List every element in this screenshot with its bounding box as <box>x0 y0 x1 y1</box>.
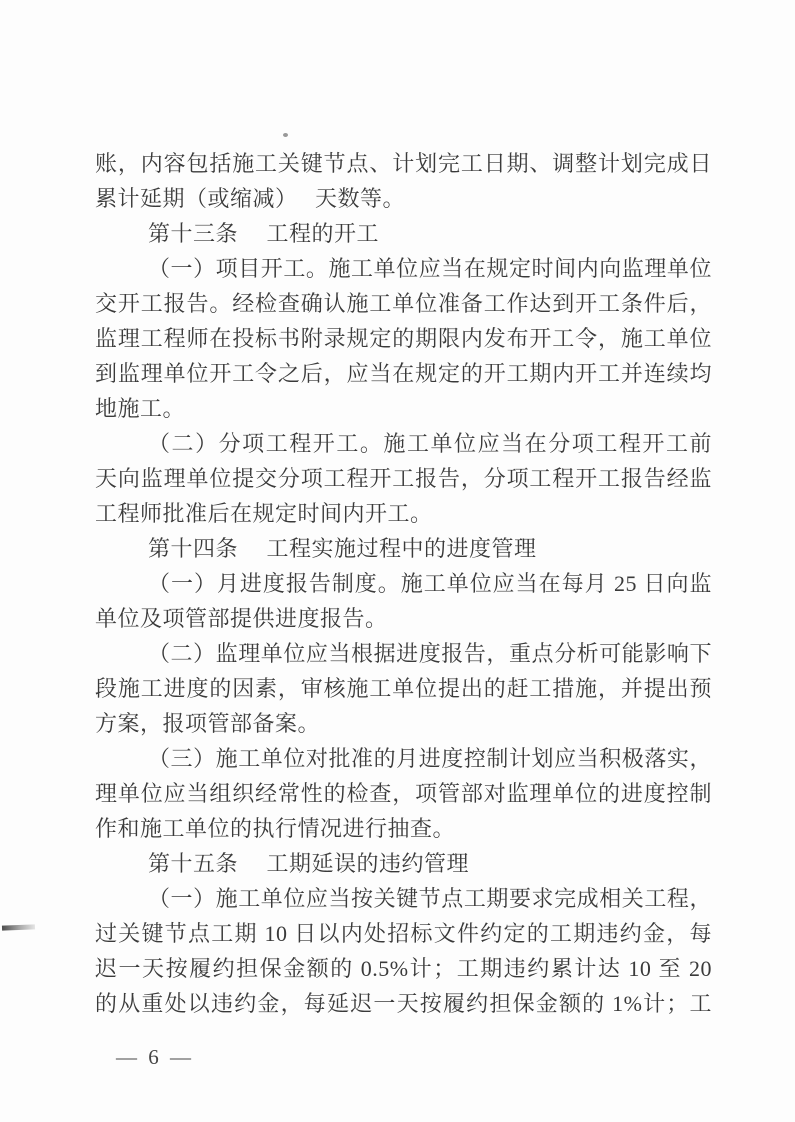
document-text-block: 账，内容包括施工关键节点、计划完工日期、调整计划完成日期、 累计延期（或缩减） … <box>95 146 712 1021</box>
article-heading: 第十三条 工程的开工 <box>95 216 712 251</box>
text-line: 账，内容包括施工关键节点、计划完工日期、调整计划完成日期、 <box>95 146 712 181</box>
scan-edge-mark-artifact <box>2 924 35 930</box>
text-line: （三）施工单位对批准的月进度控制计划应当积极落实，监 <box>95 741 712 776</box>
text-line: 过关键节点工期 10 日以内处招标文件约定的工期违约金，每延 <box>95 916 712 951</box>
text-line: （一）施工单位应当按关键节点工期要求完成相关工程，超 <box>95 881 712 916</box>
text-line: 天向监理单位提交分项工程开工报告，分项工程开工报告经监理 <box>95 461 712 496</box>
text-line: 监理工程师在投标书附录规定的期限内发布开工令，施工单位收 <box>95 321 712 356</box>
text-line: （一）项目开工。施工单位应当在规定时间内向监理单位提 <box>95 251 712 286</box>
text-line: 的从重处以违约金，每延迟一天按履约担保金额的 1%计；工期 <box>95 986 712 1021</box>
text-line: （二）分项工程开工。施工单位应当在分项工程开工前 14 <box>95 426 712 461</box>
scan-speck-artifact <box>283 133 288 137</box>
text-line: 方案，报项管部备案。 <box>95 706 712 741</box>
text-line: 段施工进度的因素，审核施工单位提出的赶工措施，并提出预控 <box>95 671 712 706</box>
text-line: （二）监理单位应当根据进度报告，重点分析可能影响下阶 <box>95 636 712 671</box>
text-line: （一）月进度报告制度。施工单位应当在每月 25 日向监理 <box>95 566 712 601</box>
article-heading: 第十四条 工程实施过程中的进度管理 <box>95 531 712 566</box>
text-line: 理单位应当组织经常性的检查，项管部对监理单位的进度控制工 <box>95 776 712 811</box>
text-line: 地施工。 <box>95 391 712 426</box>
page-number: — 6 — <box>116 1042 194 1072</box>
text-line: 单位及项管部提供进度报告。 <box>95 601 712 636</box>
text-line: 交开工报告。经检查确认施工单位准备工作达到开工条件后，由 <box>95 286 712 321</box>
text-line: 工程师批准后在规定时间内开工。 <box>95 496 712 531</box>
text-line: 到监理单位开工令之后，应当在规定的开工期内开工并连续均衡 <box>95 356 712 391</box>
text-line: 累计延期（或缩减） 天数等。 <box>95 181 712 216</box>
article-heading: 第十五条 工期延误的违约管理 <box>95 846 712 881</box>
scanned-document-page: 账，内容包括施工关键节点、计划完工日期、调整计划完成日期、 累计延期（或缩减） … <box>0 0 795 1122</box>
text-line: 作和施工单位的执行情况进行抽查。 <box>95 811 712 846</box>
text-line: 迟一天按履约担保金额的 0.5%计；工期违约累计达 10 至 20 日 <box>95 951 712 986</box>
